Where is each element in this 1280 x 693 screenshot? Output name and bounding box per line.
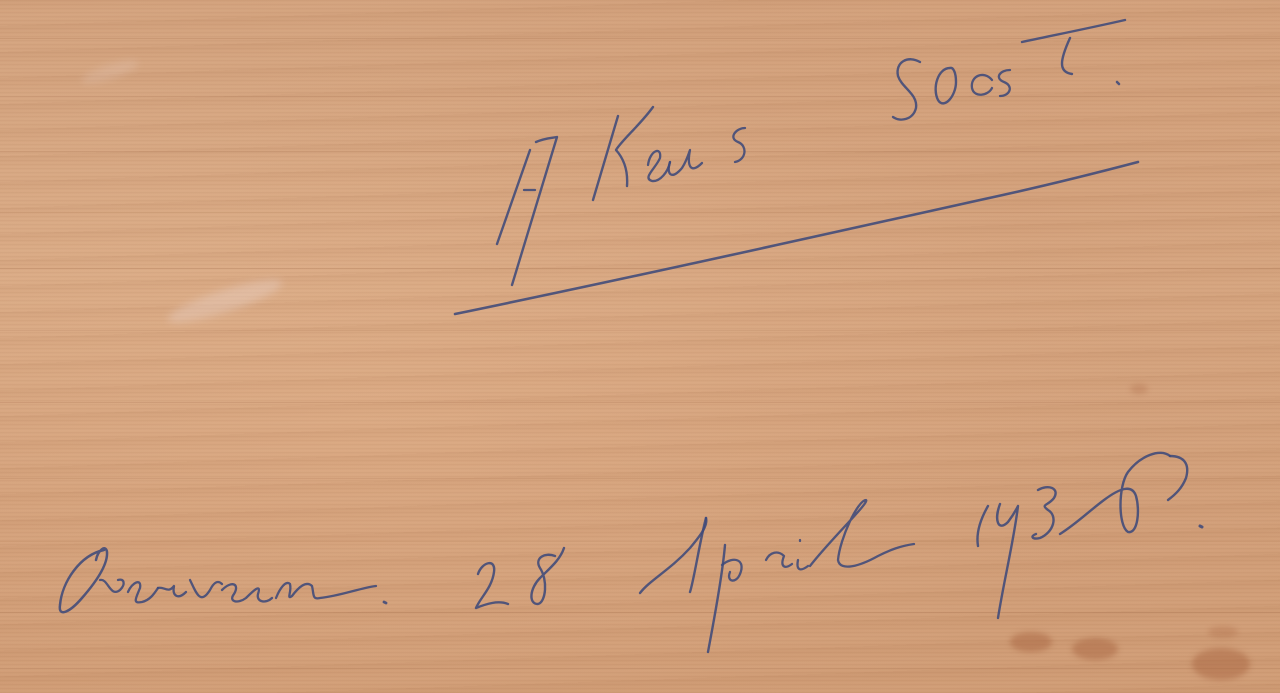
date-month (640, 500, 914, 652)
place-overveen (60, 548, 386, 612)
wood-panel: A J Keus Soest. Overveen. 28 April 1938. (0, 0, 1280, 693)
signature-initials (497, 137, 557, 285)
signature-underline (455, 162, 1138, 314)
date-year (977, 453, 1202, 618)
signature-surname (593, 107, 745, 200)
location-soest (893, 20, 1125, 120)
date-day (476, 548, 564, 608)
handwriting-layer (0, 0, 1280, 693)
